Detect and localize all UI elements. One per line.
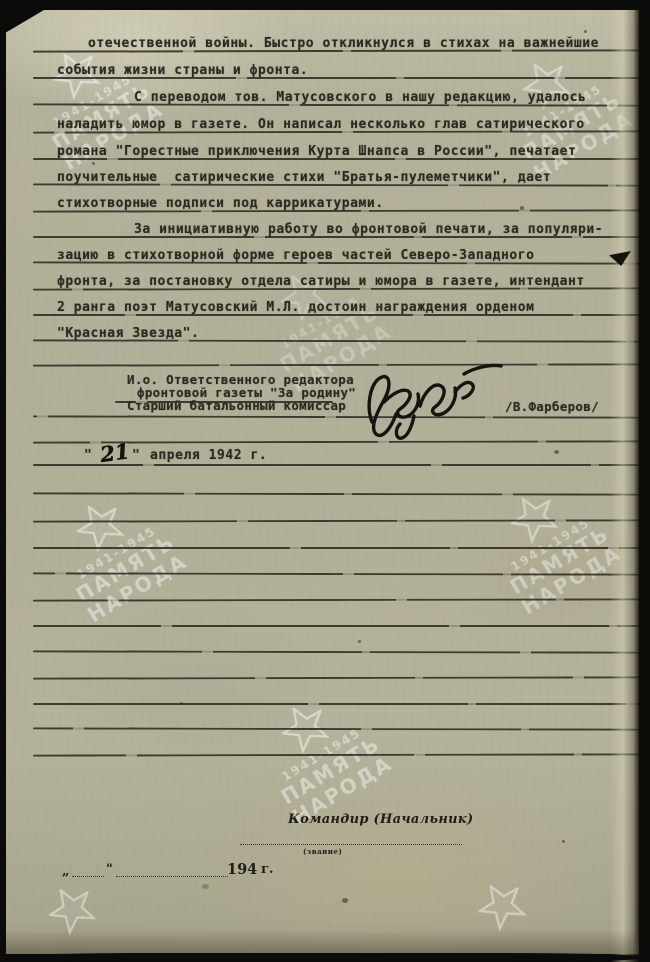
form-year-suffix: г. xyxy=(261,862,274,877)
paper-speck xyxy=(92,162,95,165)
paper-speck xyxy=(554,450,559,454)
ruled-line xyxy=(33,650,639,653)
ruled-line xyxy=(33,625,639,627)
rank-caption: (звание) xyxy=(303,847,342,856)
paper-speck xyxy=(520,206,524,210)
paper-speck xyxy=(342,898,348,903)
typed-line: фронта, за постановку отдела сатиры и юм… xyxy=(57,274,585,289)
scan-edge-right xyxy=(639,0,650,962)
typed-line: наладить юмор в газете. Он написал неско… xyxy=(57,117,585,132)
typed-line: романа "Горестные приключения Курта Шнап… xyxy=(57,144,576,159)
handwritten-signature xyxy=(358,358,508,442)
form-date-quote-open: „ xyxy=(62,864,69,879)
rank-dotted-line xyxy=(240,844,462,845)
torn-corner xyxy=(0,10,44,36)
ruled-line xyxy=(33,464,639,466)
date-quote-open: " xyxy=(84,448,92,463)
scan-edge-top xyxy=(0,0,650,10)
paper-speck xyxy=(562,840,565,843)
paper-sheet: 1941-1945 ПАМЯТЬ НАРОДА 1941-1945 ПАМЯТЬ… xyxy=(6,10,639,954)
scan-edge-bottom xyxy=(0,953,650,962)
form-year: 194 xyxy=(227,861,257,878)
typed-line: "Красная Звезда". xyxy=(57,326,199,341)
typed-line: стихотворные подписи под каррикатурами. xyxy=(57,196,384,211)
form-date-blank1 xyxy=(72,876,104,877)
ruled-line xyxy=(33,415,639,418)
paper-speck xyxy=(358,640,361,643)
typed-line: зацию в стихотворной форме героев частей… xyxy=(57,248,534,263)
date-quote-close: " xyxy=(132,448,140,463)
typed-line: За инициативную работу во фронтовой печа… xyxy=(134,222,603,237)
watermark-star-icon xyxy=(470,873,533,936)
typed-line: 2 ранга поэт Матусовский М.Л. достоин на… xyxy=(57,300,534,315)
ruled-line xyxy=(33,703,639,705)
scanned-document-page: 1941-1945 ПАМЯТЬ НАРОДА 1941-1945 ПАМЯТЬ… xyxy=(0,0,650,962)
typed-line: отечественной войны. Быстро откликнулся … xyxy=(88,36,599,51)
typed-line: С переводом тов. Матусовского в нашу ред… xyxy=(134,90,586,105)
ruled-line xyxy=(33,676,639,679)
paper-speck xyxy=(584,30,587,33)
date-text: апреля 1942 г. xyxy=(150,448,267,463)
form-date-quote-close: " xyxy=(106,862,113,877)
typed-line: события жизни страны и фронта. xyxy=(57,63,308,78)
page-right-fold-shadow xyxy=(610,0,639,962)
typed-line: поучительные сатирические стихи "Братья-… xyxy=(57,170,551,185)
paper-speck xyxy=(180,702,183,705)
signer-name: /В.Фарберов/ xyxy=(505,399,599,414)
paper-stain xyxy=(202,884,209,889)
page-bottom-shadow xyxy=(0,930,650,954)
signer-role-line3: Старший батальонный комиссар xyxy=(127,398,346,413)
form-date-blank2 xyxy=(116,876,228,877)
ruled-line xyxy=(33,547,639,549)
handwritten-day: 21 xyxy=(98,438,130,467)
scan-edge-left xyxy=(0,0,6,962)
commander-label: Командир (Начальник) xyxy=(288,812,473,827)
